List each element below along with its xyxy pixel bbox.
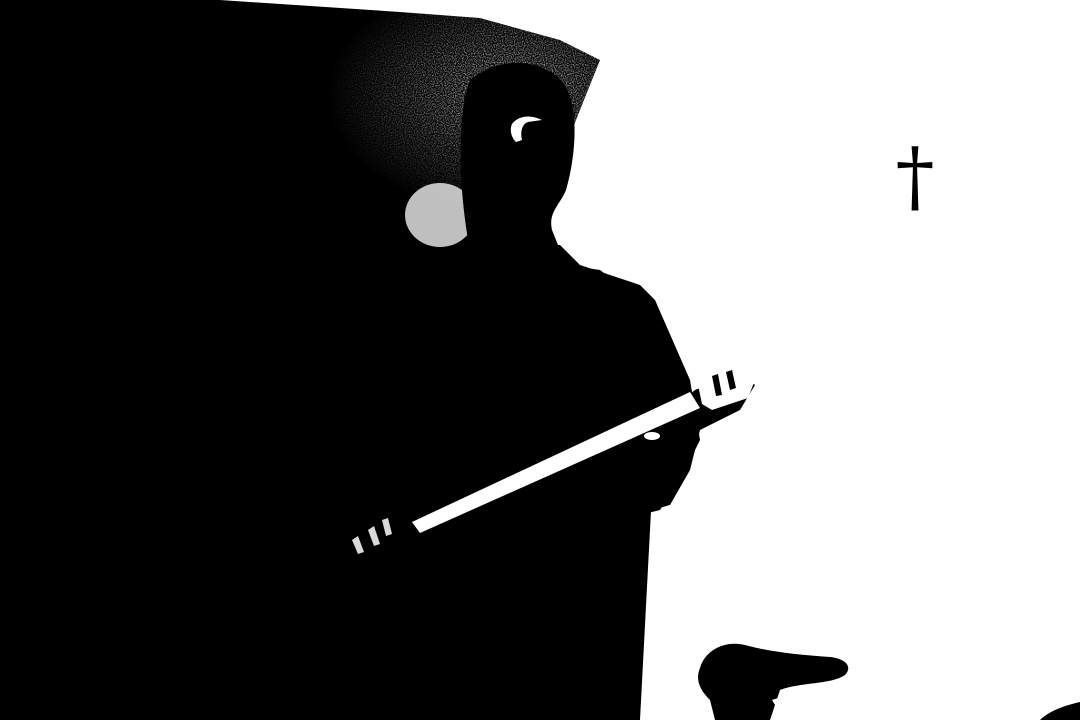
sleeve-highlight [644, 432, 660, 440]
wall-cross-icon: † [895, 135, 935, 220]
scene [0, 0, 1080, 720]
